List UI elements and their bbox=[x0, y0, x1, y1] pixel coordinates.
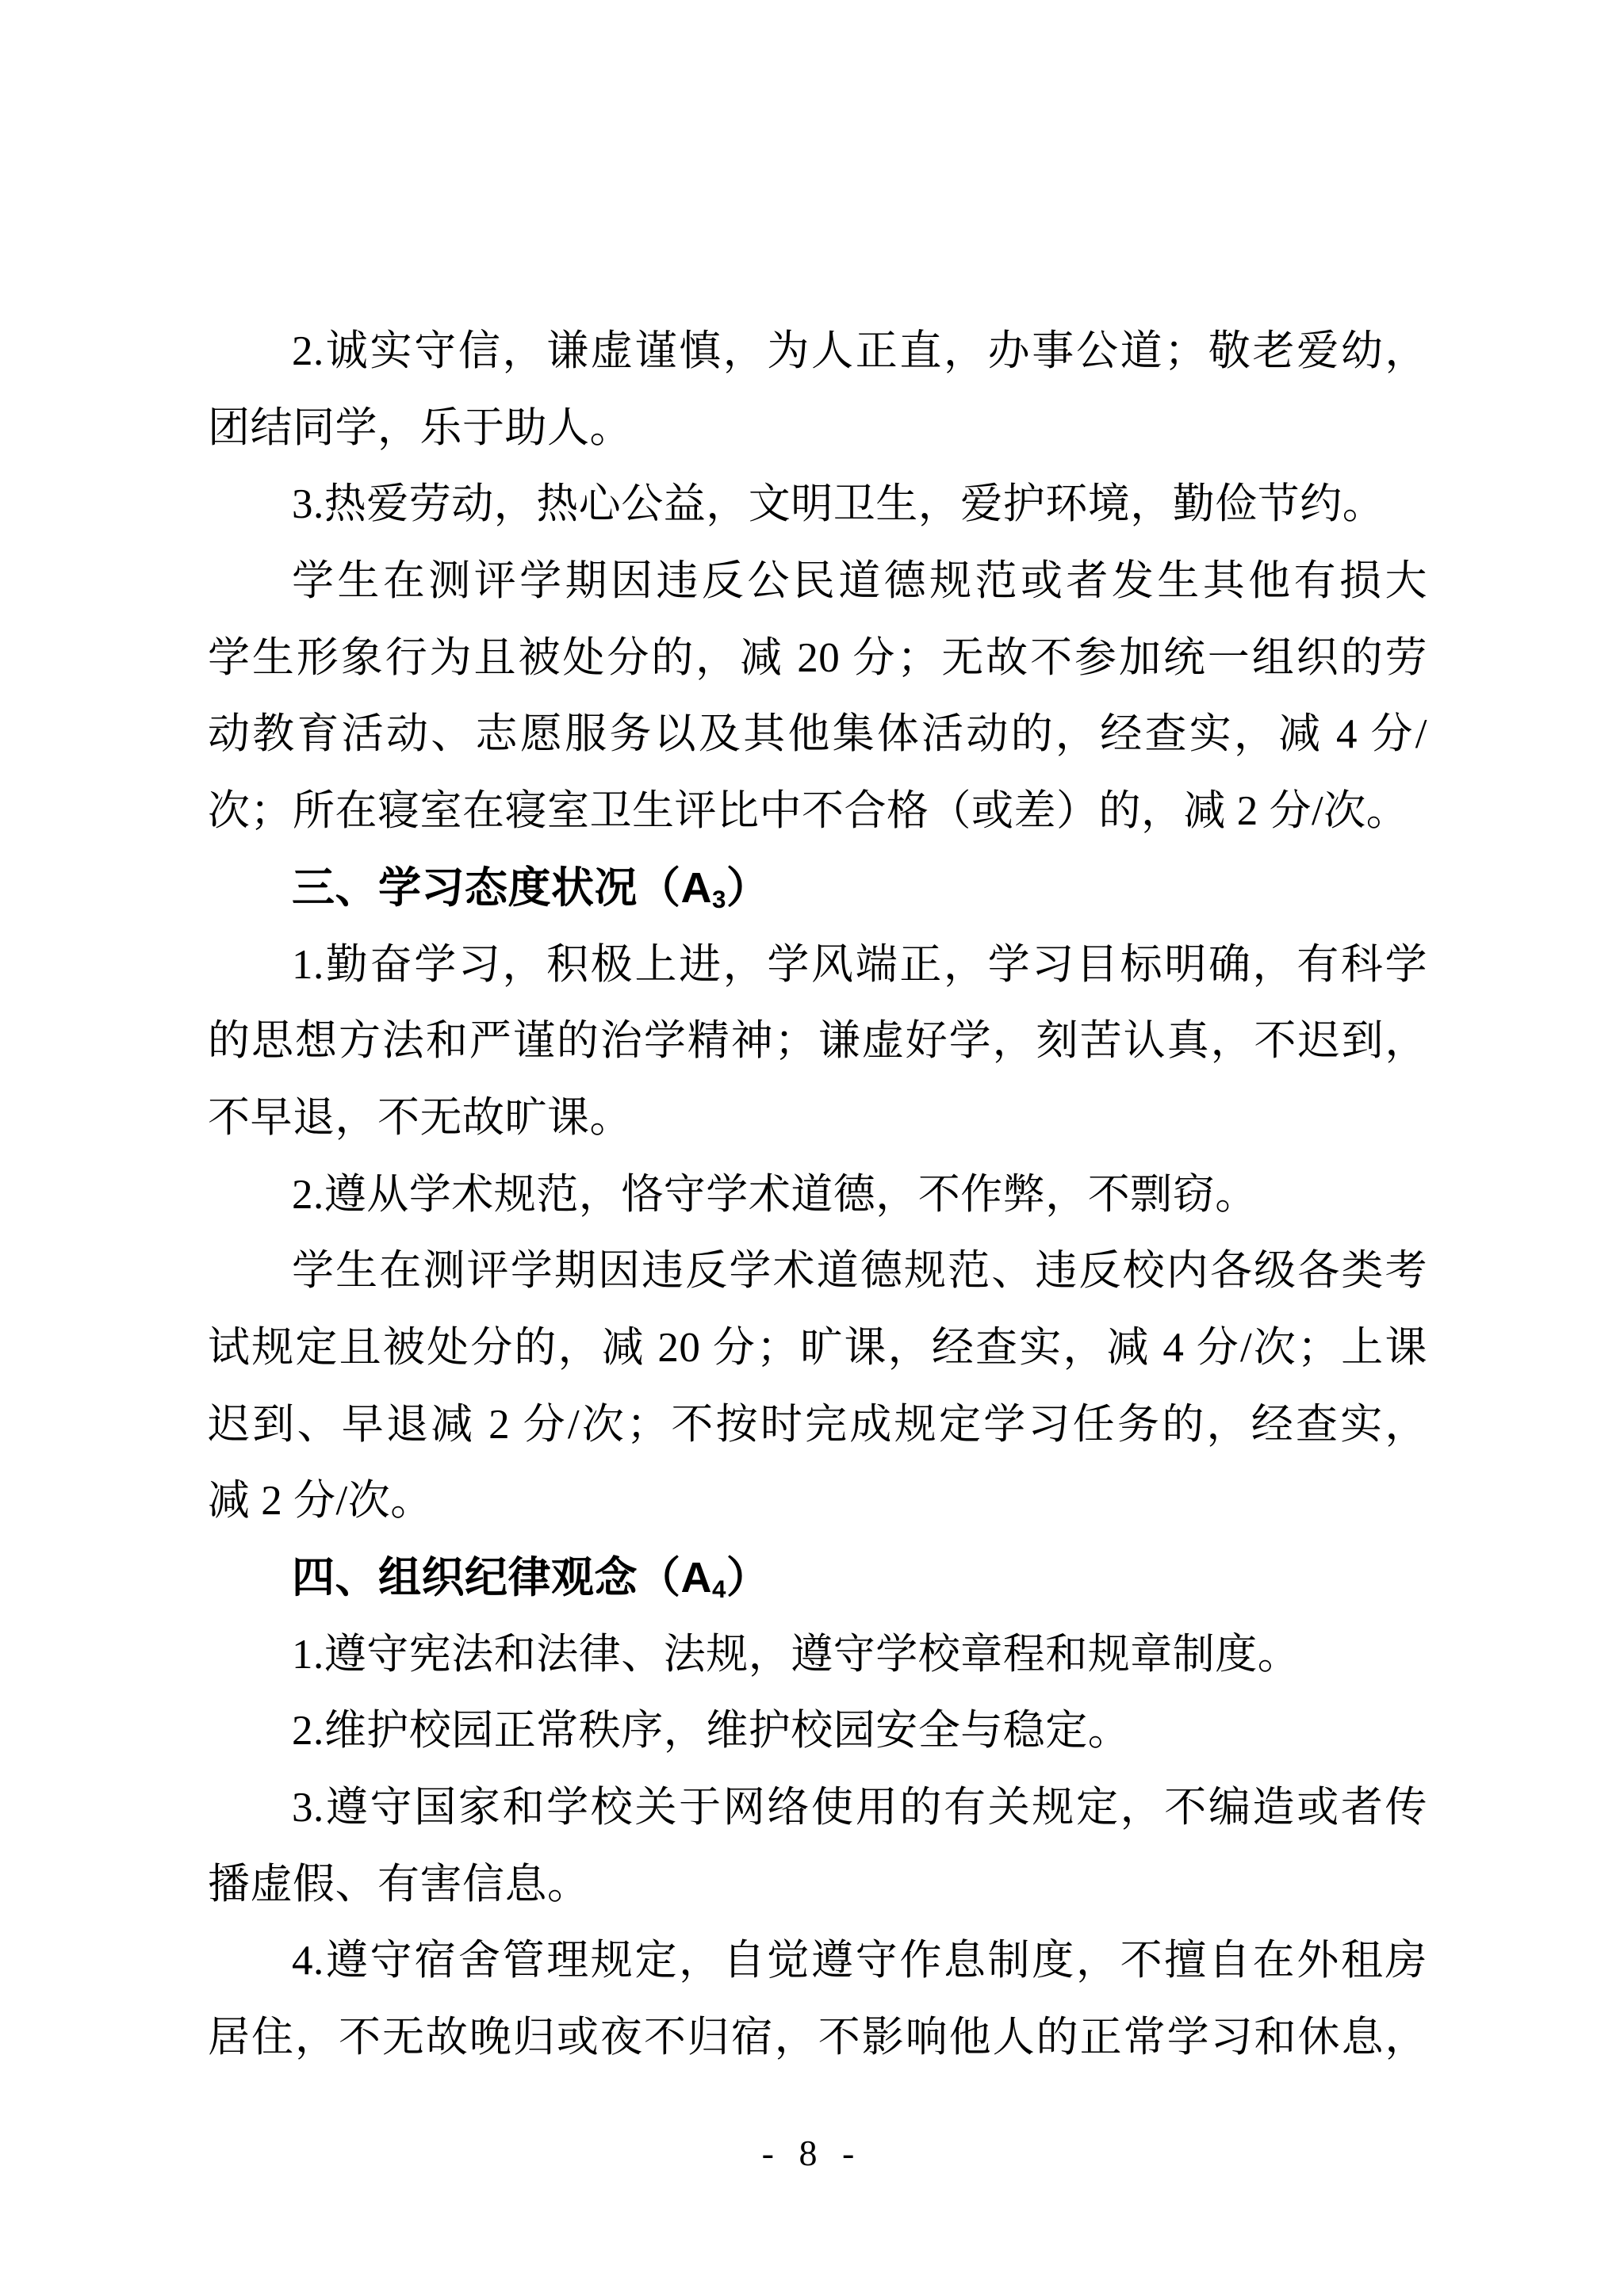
paragraph-line: 播虚假、有害信息。 bbox=[208, 1846, 1427, 1923]
paragraph-line: 学生在测评学期因违反学术道德规范、违反校内各级各类考 bbox=[208, 1233, 1427, 1310]
paragraph-line: 学生在测评学期因违反公民道德规范或者发生其他有损大 bbox=[208, 543, 1427, 620]
section-heading-a3: 三、学习态度状况（A3） bbox=[208, 850, 1427, 927]
paragraph-line: 1.勤奋学习，积极上进，学风端正，学习目标明确，有科学 bbox=[208, 927, 1427, 1004]
paragraph-line: 居住，不无故晚归或夜不归宿，不影响他人的正常学习和休息， bbox=[208, 1999, 1427, 2076]
section-heading-subscript: 3 bbox=[712, 886, 726, 913]
paragraph-line: 动教育活动、志愿服务以及其他集体活动的，经查实，减 4 分/ bbox=[208, 696, 1427, 773]
paragraph-line: 3.遵守国家和学校关于网络使用的有关规定，不编造或者传 bbox=[208, 1770, 1427, 1846]
paragraph-line: 2.遵从学术规范，恪守学术道德，不作弊，不剽窃。 bbox=[208, 1157, 1427, 1234]
document-body: 2.诚实守信，谦虚谨慎，为人正直，办事公道；敬老爱幼， 团结同学，乐于助人。 3… bbox=[208, 313, 1427, 2076]
document-page: 2.诚实守信，谦虚谨慎，为人正直，办事公道；敬老爱幼， 团结同学，乐于助人。 3… bbox=[0, 0, 1624, 2296]
paragraph-line: 1.遵守宪法和法律、法规，遵守学校章程和规章制度。 bbox=[208, 1617, 1427, 1693]
section-heading-a4: 四、组织纪律观念（A4） bbox=[208, 1540, 1427, 1617]
section-heading-text: 四、组织纪律观念（A bbox=[292, 1554, 712, 1601]
section-heading-text: 三、学习态度状况（A bbox=[292, 864, 712, 912]
paragraph-line: 2.诚实守信，谦虚谨慎，为人正直，办事公道；敬老爱幼， bbox=[208, 313, 1427, 390]
paragraph-line: 3.热爱劳动，热心公益，文明卫生，爱护环境，勤俭节约。 bbox=[208, 466, 1427, 543]
page-number: - 8 - bbox=[0, 2131, 1624, 2175]
section-heading-subscript: 4 bbox=[712, 1575, 726, 1603]
paragraph-line: 减 2 分/次。 bbox=[208, 1463, 1427, 1540]
paragraph-line: 试规定且被处分的，减 20 分；旷课，经查实，减 4 分/次；上课 bbox=[208, 1310, 1427, 1387]
paragraph-line: 的思想方法和严谨的治学精神；谦虚好学，刻苦认真，不迟到， bbox=[208, 1003, 1427, 1080]
paragraph-line: 4.遵守宿舍管理规定，自觉遵守作息制度，不擅自在外租房 bbox=[208, 1923, 1427, 1999]
paragraph-line: 学生形象行为且被处分的，减 20 分；无故不参加统一组织的劳 bbox=[208, 620, 1427, 697]
paragraph-line: 2.维护校园正常秩序，维护校园安全与稳定。 bbox=[208, 1693, 1427, 1770]
paragraph-line: 迟到、早退减 2 分/次；不按时完成规定学习任务的，经查实， bbox=[208, 1387, 1427, 1464]
paragraph-line: 团结同学，乐于助人。 bbox=[208, 390, 1427, 467]
section-heading-text: ） bbox=[726, 864, 770, 912]
paragraph-line: 不早退，不无故旷课。 bbox=[208, 1080, 1427, 1157]
paragraph-line: 次；所在寝室在寝室卫生评比中不合格（或差）的，减 2 分/次。 bbox=[208, 773, 1427, 850]
section-heading-text: ） bbox=[726, 1554, 770, 1601]
